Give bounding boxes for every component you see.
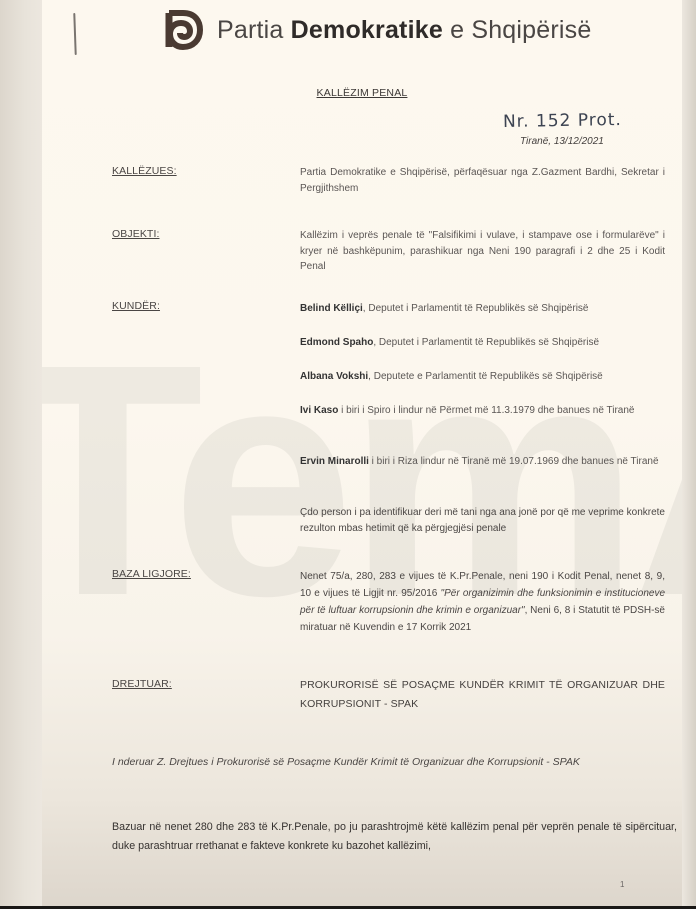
photo-right-background [682,0,696,909]
photo-left-background [0,0,42,909]
unidentified-persons: Çdo person i pa identifikuar deri më tan… [300,505,665,536]
kallezues-text: Partia Demokratike e Shqipërisë, përfaqë… [300,165,665,196]
accused-name: Ivi Kaso [300,405,338,416]
accused-name: Albana Vokshi [300,371,368,382]
accused-desc: , Deputete e Parlamentit të Republikës s… [368,371,603,382]
staple-mark [73,13,76,55]
accused-desc: i biri i Spiro i lindur në Përmet më 11.… [338,405,634,416]
label-drejtuar: DREJTUAR: [112,678,172,690]
accused-name: Edmond Spaho [300,337,373,348]
drejtuar-text: PROKURORISË SË POSAÇME KUNDËR KRIMIT TË … [300,676,665,714]
accused-name: Belind Këlliçi [300,303,363,314]
accused-person: Ervin Minarolli i biri i Riza lindur në … [300,454,665,470]
letterhead: Partia Demokratike e Shqipërisë [165,9,591,51]
accused-person: Albana Vokshi, Deputete e Parlamentit të… [300,369,665,385]
salutation: I nderuar Z. Drejtues i Prokurorisë së P… [112,754,672,771]
page-number: 1 [620,880,624,889]
baza-ligjore-text: Nenet 75/a, 280, 283 e vijues të K.Pr.Pe… [300,568,665,636]
body-paragraph: Bazuar në nenet 280 dhe 283 të K.Pr.Pena… [112,818,677,856]
label-objekti: OBJEKTI: [112,228,159,240]
label-kallezues: KALLËZUES: [112,165,177,177]
label-kunder: KUNDËR: [112,300,160,312]
protocol-number: Nr. 152 Prot. [503,110,622,132]
accused-person: Edmond Spaho, Deputet i Parlamentit të R… [300,335,665,351]
accused-name: Ervin Minarolli [300,456,369,467]
accused-desc: i biri i Riza lindur në Tiranë më 19.07.… [369,456,659,467]
document-page: TemA Partia Demokratike e Shqipërisë KAL… [42,0,682,906]
pd-logo-icon [165,9,203,51]
party-name-suffix: e Shqipërisë [443,16,592,44]
party-name-bold: Demokratike [291,16,443,44]
party-name: Partia Demokratike e Shqipërisë [217,16,591,45]
accused-desc: , Deputet i Parlamentit të Republikës së… [373,337,599,348]
accused-person: Belind Këlliçi, Deputet i Parlamentit të… [300,301,665,317]
party-name-prefix: Partia [217,16,291,44]
document-title: KALLËZIM PENAL [42,87,682,99]
objekti-text: Kallëzim i veprës penale të "Falsifikimi… [300,228,665,275]
place-date: Tiranë, 13/12/2021 [520,136,604,147]
label-baza-ligjore: BAZA LIGJORE: [112,568,191,580]
accused-person: Ivi Kaso i biri i Spiro i lindur në Përm… [300,403,665,419]
accused-desc: , Deputet i Parlamentit të Republikës së… [363,303,589,314]
